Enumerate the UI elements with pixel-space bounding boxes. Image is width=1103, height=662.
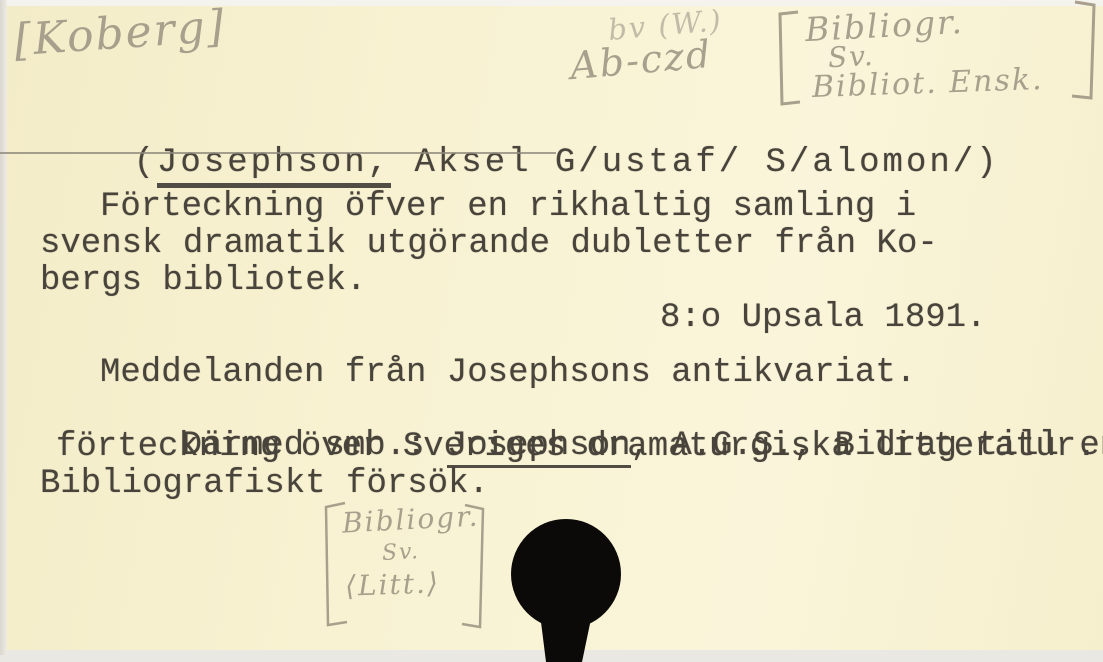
body-line: Bibliografiskt försök. <box>40 467 489 503</box>
heading-rest: Aksel G/ustaf/ S/alomon/) <box>391 144 1000 182</box>
punch-hole <box>488 518 648 662</box>
scanner-edge-left <box>0 0 7 655</box>
handwritten-note-shelfmark-line2: Ab-czd <box>568 32 714 88</box>
body-line: förteckning över Sveriges dramaturgiska … <box>56 430 1097 466</box>
body-line: bergs bibliotek. <box>40 264 366 300</box>
body-line: Meddelanden från Josephsons antikvariat. <box>100 356 916 392</box>
heading-author-underlined: Josephson, <box>157 144 391 188</box>
handwritten-stamp-line3: ⟨Litt.⟩ <box>344 566 440 602</box>
body-line: svensk dramatik utgörande dubletter från… <box>40 227 938 263</box>
handwritten-classification-line3: Bibliot. Ensk. <box>811 62 1044 105</box>
imprint-line: 8:o Upsala 1891. <box>660 301 986 337</box>
heading-underline-rule <box>0 152 556 154</box>
catalog-card-scan: [Koberg] bv (W.) Ab-czd Bibliogr. Sv. Bi… <box>0 0 1103 662</box>
handwritten-note-koberg: [Koberg] <box>12 1 227 67</box>
handwritten-stamp-line1: Bibliogr. <box>341 499 480 539</box>
handwritten-stamp-line2: Sv. <box>381 539 420 566</box>
body-line: Förteckning öfver en rikhaltig samling i <box>100 190 916 226</box>
heading-open-paren: ( <box>134 144 157 182</box>
